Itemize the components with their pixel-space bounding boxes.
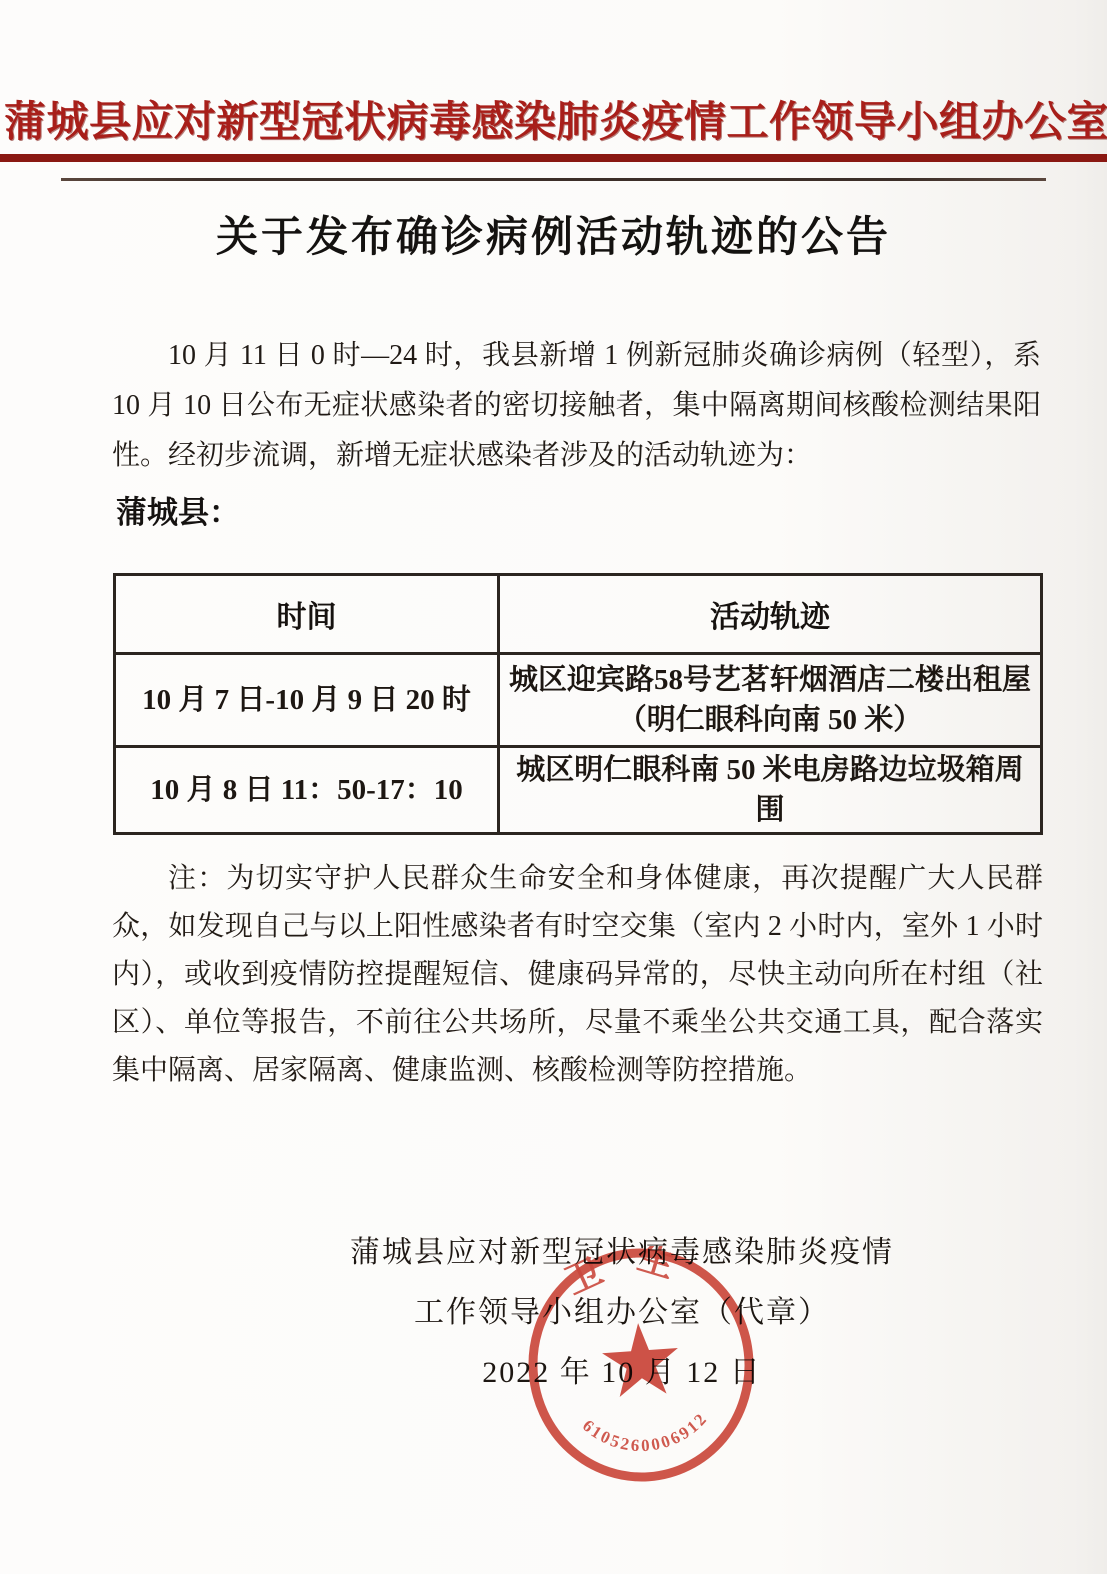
- signature-org-line1: 蒲城县应对新型冠状病毒感染肺炎疫情: [272, 1223, 972, 1283]
- table-cell-time: 10 月 8 日 11：50-17：10: [115, 747, 499, 834]
- svg-text:6105260006912: 6105260006912: [578, 1408, 714, 1460]
- table-header-track: 活动轨迹: [499, 575, 1042, 654]
- signature-date: 2022 年 10 月 12 日: [272, 1343, 972, 1403]
- page-title: 关于发布确诊病例活动轨迹的公告: [0, 209, 1107, 265]
- intro-paragraph: 10 月 11 日 0 时—24 时，我县新增 1 例新冠肺炎确诊病例（轻型），…: [112, 331, 1041, 481]
- letterhead: 蒲城县应对新型冠状病毒感染肺炎疫情工作领导小组办公室: [0, 0, 1107, 162]
- note-paragraph: 注：为切实守护人民群众生命安全和身体健康，再次提醒广大人民群众，如发现自己与以上…: [112, 855, 1043, 1095]
- trajectory-table: 时间 活动轨迹 10 月 7 日-10 月 9 日 20 时 城区迎宾路58号艺…: [113, 573, 1043, 835]
- letterhead-divider: [61, 178, 1046, 181]
- signature-block: 蒲城县应对新型冠状病毒感染肺炎疫情 工作领导小组办公室（代章） 2022 年 1…: [272, 1223, 972, 1403]
- letterhead-org-title: 蒲城县应对新型冠状病毒感染肺炎疫情工作领导小组办公室: [0, 94, 1107, 162]
- table-cell-track: 城区迎宾路58号艺茗轩烟酒店二楼出租屋（明仁眼科向南 50 米）: [499, 654, 1042, 747]
- table-header-time: 时间: [115, 575, 499, 654]
- county-label: 蒲城县：: [116, 493, 1041, 533]
- time-value: 10 月 7 日-10 月 9 日 20 时: [142, 684, 471, 716]
- table-header-row: 时间 活动轨迹: [115, 575, 1042, 654]
- track-value: 城区迎宾路58号艺茗轩烟酒店二楼出租屋（明仁眼科向南 50 米）: [509, 664, 1031, 736]
- table-row: 10 月 8 日 11：50-17：10 城区明仁眼科南 50 米电房路边垃圾箱…: [115, 747, 1042, 834]
- table-cell-time: 10 月 7 日-10 月 9 日 20 时: [115, 654, 499, 747]
- track-value: 城区明仁眼科南 50 米电房路边垃圾箱周围: [516, 754, 1024, 826]
- announcement-document: 蒲城县应对新型冠状病毒感染肺炎疫情工作领导小组办公室 关于发布确诊病例活动轨迹的…: [0, 0, 1107, 1574]
- table-cell-track: 城区明仁眼科南 50 米电房路边垃圾箱周围: [499, 747, 1042, 834]
- signature-org-line2: 工作领导小组办公室（代章）: [272, 1283, 972, 1343]
- time-value: 10 月 8 日 11：50-17：10: [150, 774, 463, 806]
- seal-number: 6105260006912: [578, 1408, 714, 1460]
- table-row: 10 月 7 日-10 月 9 日 20 时 城区迎宾路58号艺茗轩烟酒店二楼出…: [115, 654, 1042, 747]
